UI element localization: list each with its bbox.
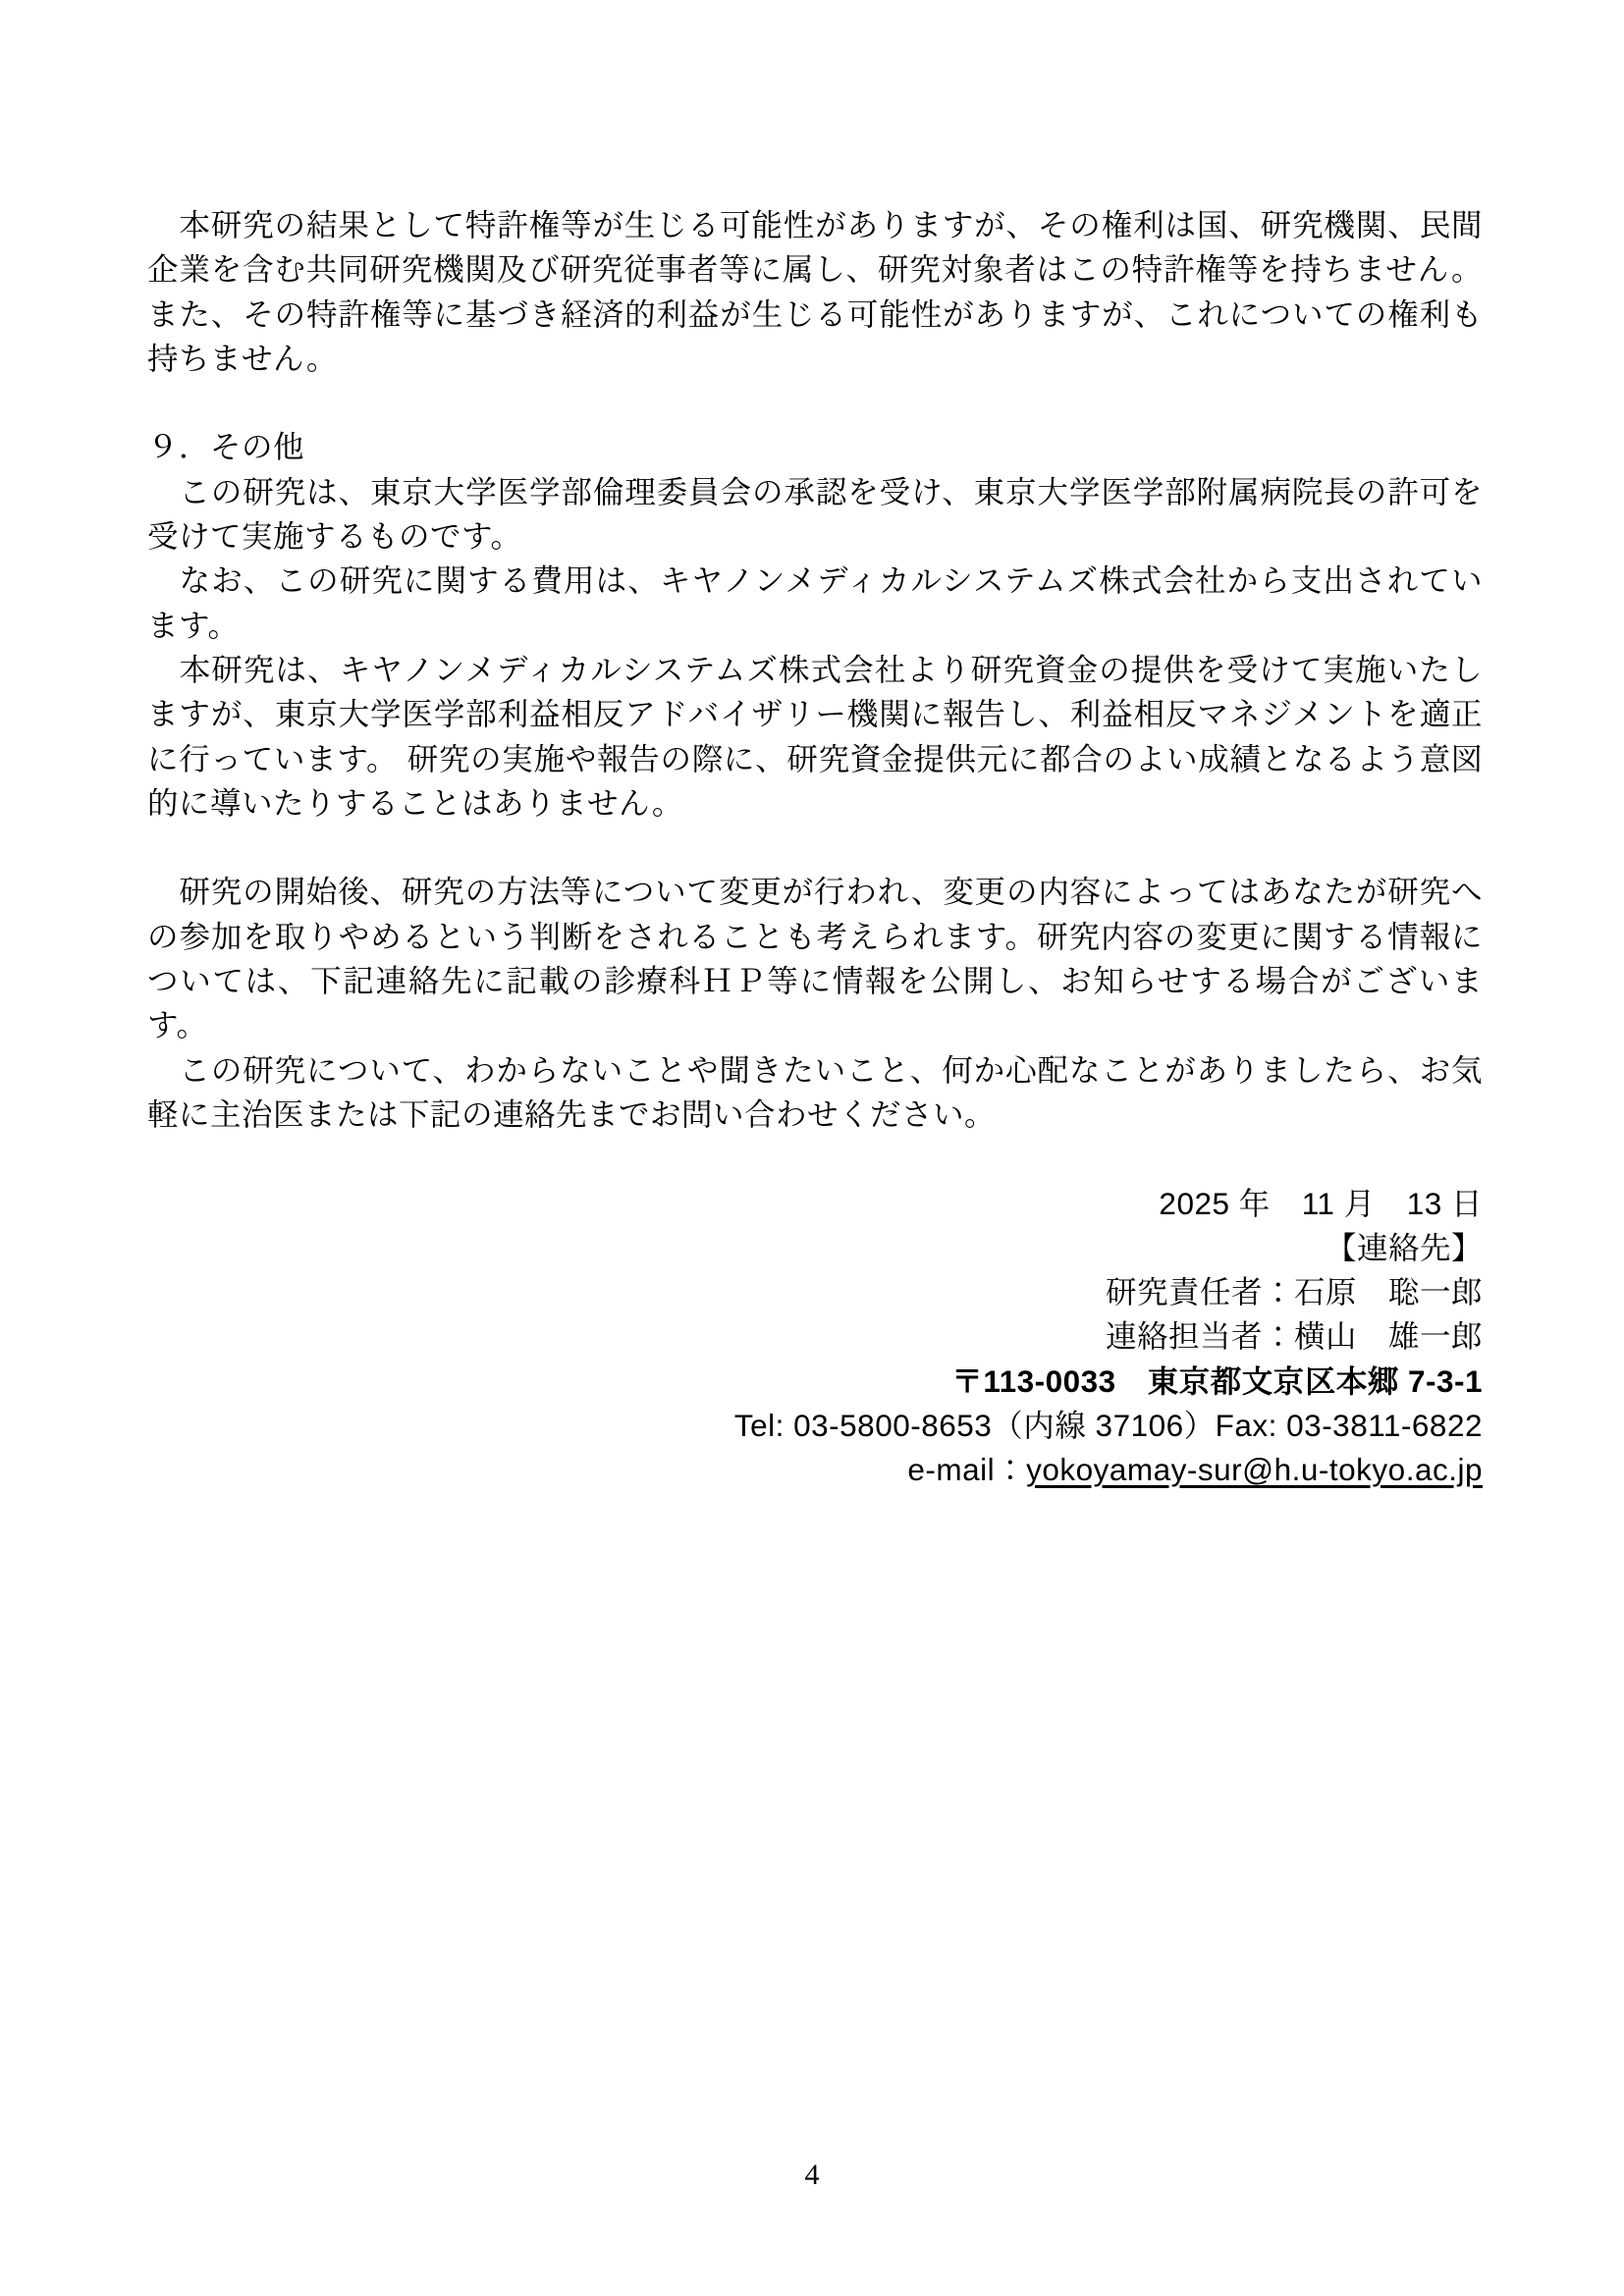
paragraph-inquiry: この研究について、わからないことや聞きたいこと、何か心配なことがありましたら、お… — [147, 1048, 1483, 1138]
email-address-link[interactable]: yokoyamay-sur@h.u-tokyo.ac.jp — [1026, 1452, 1483, 1487]
paragraph-ethics-approval: この研究は、東京大学医学部倫理委員会の承認を受け、東京大学医学部附属病院長の許可… — [147, 470, 1483, 560]
contact-heading: 【連絡先】 — [147, 1226, 1483, 1270]
email-label: e-mail： — [907, 1452, 1026, 1487]
principal-investigator: 研究責任者：石原 聡一郎 — [147, 1270, 1483, 1314]
paragraph-conflict-of-interest: 本研究は、キヤノンメディカルシステムズ株式会社より研究資金の提供を受けて実施いた… — [147, 648, 1483, 826]
email-line: e-mail：yokoyamay-sur@h.u-tokyo.ac.jp — [147, 1448, 1483, 1492]
contact-person: 連絡担当者：横山 雄一郎 — [147, 1314, 1483, 1359]
contact-block: 2025 年 11 月 13 日 【連絡先】 研究責任者：石原 聡一郎 連絡担当… — [147, 1182, 1483, 1493]
document-date: 2025 年 11 月 13 日 — [147, 1182, 1483, 1226]
document-body: 本研究の結果として特許権等が生じる可能性がありますが、その権利は国、研究機関、民… — [147, 203, 1483, 1493]
tel-fax-line: Tel: 03-5800-8653（内線 37106）Fax: 03-3811-… — [147, 1404, 1483, 1448]
paragraph-study-changes: 研究の開始後、研究の方法等について変更が行われ、変更の内容によってはあなたが研究… — [147, 870, 1483, 1047]
page-number: 4 — [0, 2156, 1624, 2195]
paragraph-funding-source: なお、この研究に関する費用は、キヤノンメディカルシステムズ株式会社から支出されて… — [147, 559, 1483, 648]
postal-address: 〒113-0033 東京都文京区本郷 7-3-1 — [147, 1360, 1483, 1404]
document-page: 本研究の結果として特許権等が生じる可能性がありますが、その権利は国、研究機関、民… — [0, 0, 1624, 2296]
paragraph-patent-rights: 本研究の結果として特許権等が生じる可能性がありますが、その権利は国、研究機関、民… — [147, 203, 1483, 381]
section-9-heading: ９．その他 — [147, 425, 1483, 469]
